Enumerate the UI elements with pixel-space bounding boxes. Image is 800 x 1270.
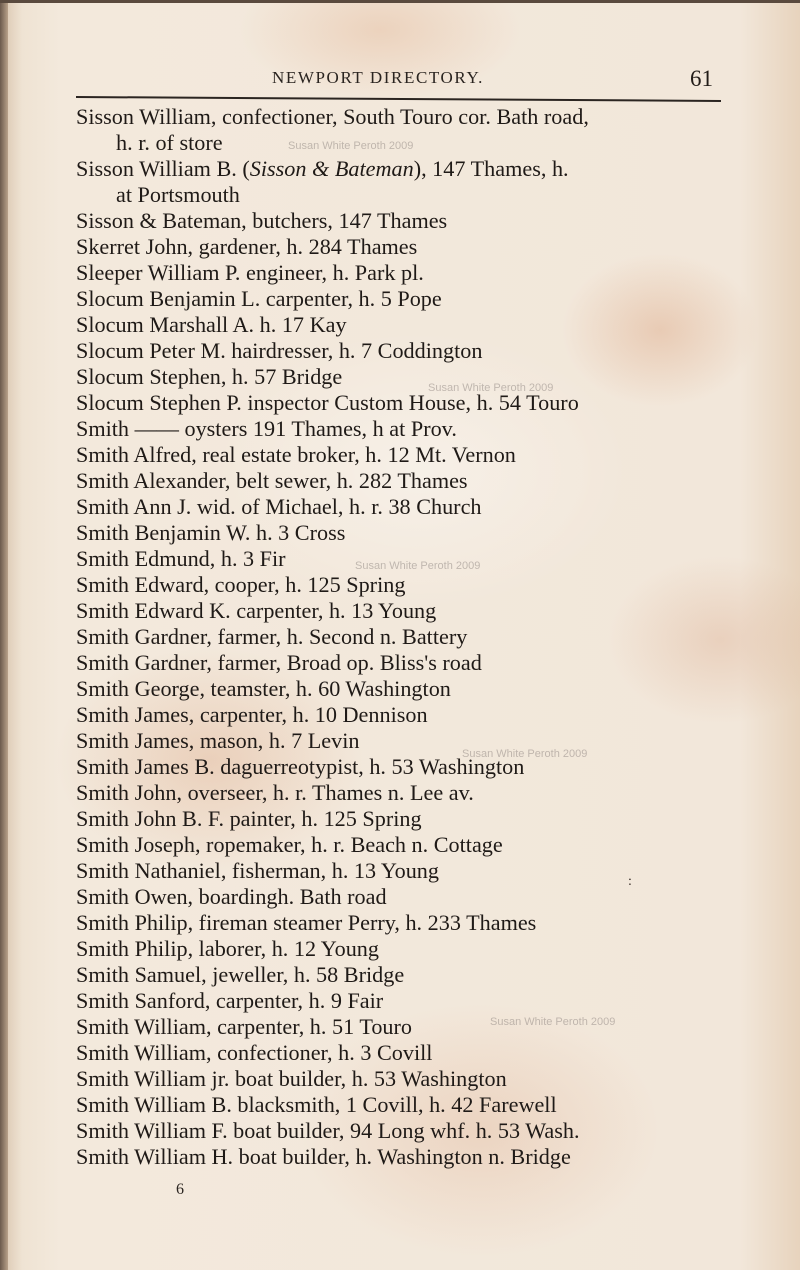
directory-entry: Smith Alfred, real estate broker, h. 12 …	[76, 442, 736, 468]
directory-entry: Smith Gardner, farmer, Broad op. Bliss's…	[76, 650, 736, 676]
directory-entry: Smith James, carpenter, h. 10 Dennison	[76, 702, 736, 728]
directory-entry: Slocum Marshall A. h. 17 Kay	[76, 312, 736, 338]
directory-entry: Skerret John, gardener, h. 284 Thames	[76, 234, 736, 260]
running-head: NEWPORT DIRECTORY. 61	[0, 66, 800, 96]
directory-entry: Smith John B. F. painter, h. 125 Spring	[76, 806, 736, 832]
directory-entry: Sisson & Bateman, butchers, 147 Thames	[76, 208, 736, 234]
directory-entry: Smith William F. boat builder, 94 Long w…	[76, 1118, 736, 1144]
directory-entry: Smith William B. blacksmith, 1 Covill, h…	[76, 1092, 736, 1118]
book-spine-edge	[0, 0, 8, 1270]
directory-entry: Smith Nathaniel, fisherman, h. 13 Young	[76, 858, 736, 884]
directory-entry: Smith William, confectioner, h. 3 Covill	[76, 1040, 736, 1066]
signature-mark: 6	[176, 1181, 184, 1199]
watermark-text: Susan White Peroth 2009	[355, 560, 480, 572]
directory-entry: Slocum Stephen, h. 57 Bridge	[76, 364, 736, 390]
directory-entry: Smith James B. daguerreotypist, h. 53 Wa…	[76, 754, 736, 780]
directory-entry: Smith John, overseer, h. r. Thames n. Le…	[76, 780, 736, 806]
directory-entry: Smith Gardner, farmer, h. Second n. Batt…	[76, 624, 736, 650]
directory-entry: Smith Edward K. carpenter, h. 13 Young	[76, 598, 736, 624]
directory-entry: Smith James, mason, h. 7 Levin	[76, 728, 736, 754]
header-rule	[76, 96, 721, 102]
directory-entry: Smith Joseph, ropemaker, h. r. Beach n. …	[76, 832, 736, 858]
watermark-text: Susan White Peroth 2009	[288, 140, 413, 152]
directory-entry: Smith William H. boat builder, h. Washin…	[76, 1144, 736, 1170]
watermark-text: Susan White Peroth 2009	[462, 748, 587, 760]
directory-page: NEWPORT DIRECTORY. 61 Sisson William, co…	[0, 0, 800, 1270]
firm-name-italic: Sisson & Bateman	[250, 156, 414, 181]
directory-entry: Slocum Benjamin L. carpenter, h. 5 Pope	[76, 286, 736, 312]
directory-entry: Smith Philip, fireman steamer Perry, h. …	[76, 910, 736, 936]
directory-entry: Sisson William B. (Sisson & Bateman), 14…	[76, 156, 736, 208]
running-title: NEWPORT DIRECTORY.	[272, 68, 484, 88]
directory-entry: Smith George, teamster, h. 60 Washington	[76, 676, 736, 702]
print-speck-mark: :	[628, 874, 632, 890]
page-number: 61	[690, 66, 713, 92]
page-top-edge	[0, 0, 800, 3]
directory-entry: Slocum Peter M. hairdresser, h. 7 Coddin…	[76, 338, 736, 364]
directory-entry: Sleeper William P. engineer, h. Park pl.	[76, 260, 736, 286]
watermark-text: Susan White Peroth 2009	[428, 382, 553, 394]
entry-continuation: at Portsmouth	[76, 182, 736, 208]
directory-entry: Smith Benjamin W. h. 3 Cross	[76, 520, 736, 546]
directory-entries: Sisson William, confectioner, South Tour…	[76, 104, 736, 1170]
directory-entry: Smith Owen, boardingh. Bath road	[76, 884, 736, 910]
watermark-text: Susan White Peroth 2009	[490, 1016, 615, 1028]
directory-entry: Smith Alexander, belt sewer, h. 282 Tham…	[76, 468, 736, 494]
directory-entry: Smith William, carpenter, h. 51 Touro	[76, 1014, 736, 1040]
directory-entry: Smith —— oysters 191 Thames, h at Prov.	[76, 416, 736, 442]
directory-entry: Smith William jr. boat builder, h. 53 Wa…	[76, 1066, 736, 1092]
directory-entry: Smith Samuel, jeweller, h. 58 Bridge	[76, 962, 736, 988]
directory-entry: Smith Sanford, carpenter, h. 9 Fair	[76, 988, 736, 1014]
directory-entry: Smith Ann J. wid. of Michael, h. r. 38 C…	[76, 494, 736, 520]
directory-entry: Smith Edward, cooper, h. 125 Spring	[76, 572, 736, 598]
directory-entry: Smith Philip, laborer, h. 12 Young	[76, 936, 736, 962]
directory-entry: Slocum Stephen P. inspector Custom House…	[76, 390, 736, 416]
